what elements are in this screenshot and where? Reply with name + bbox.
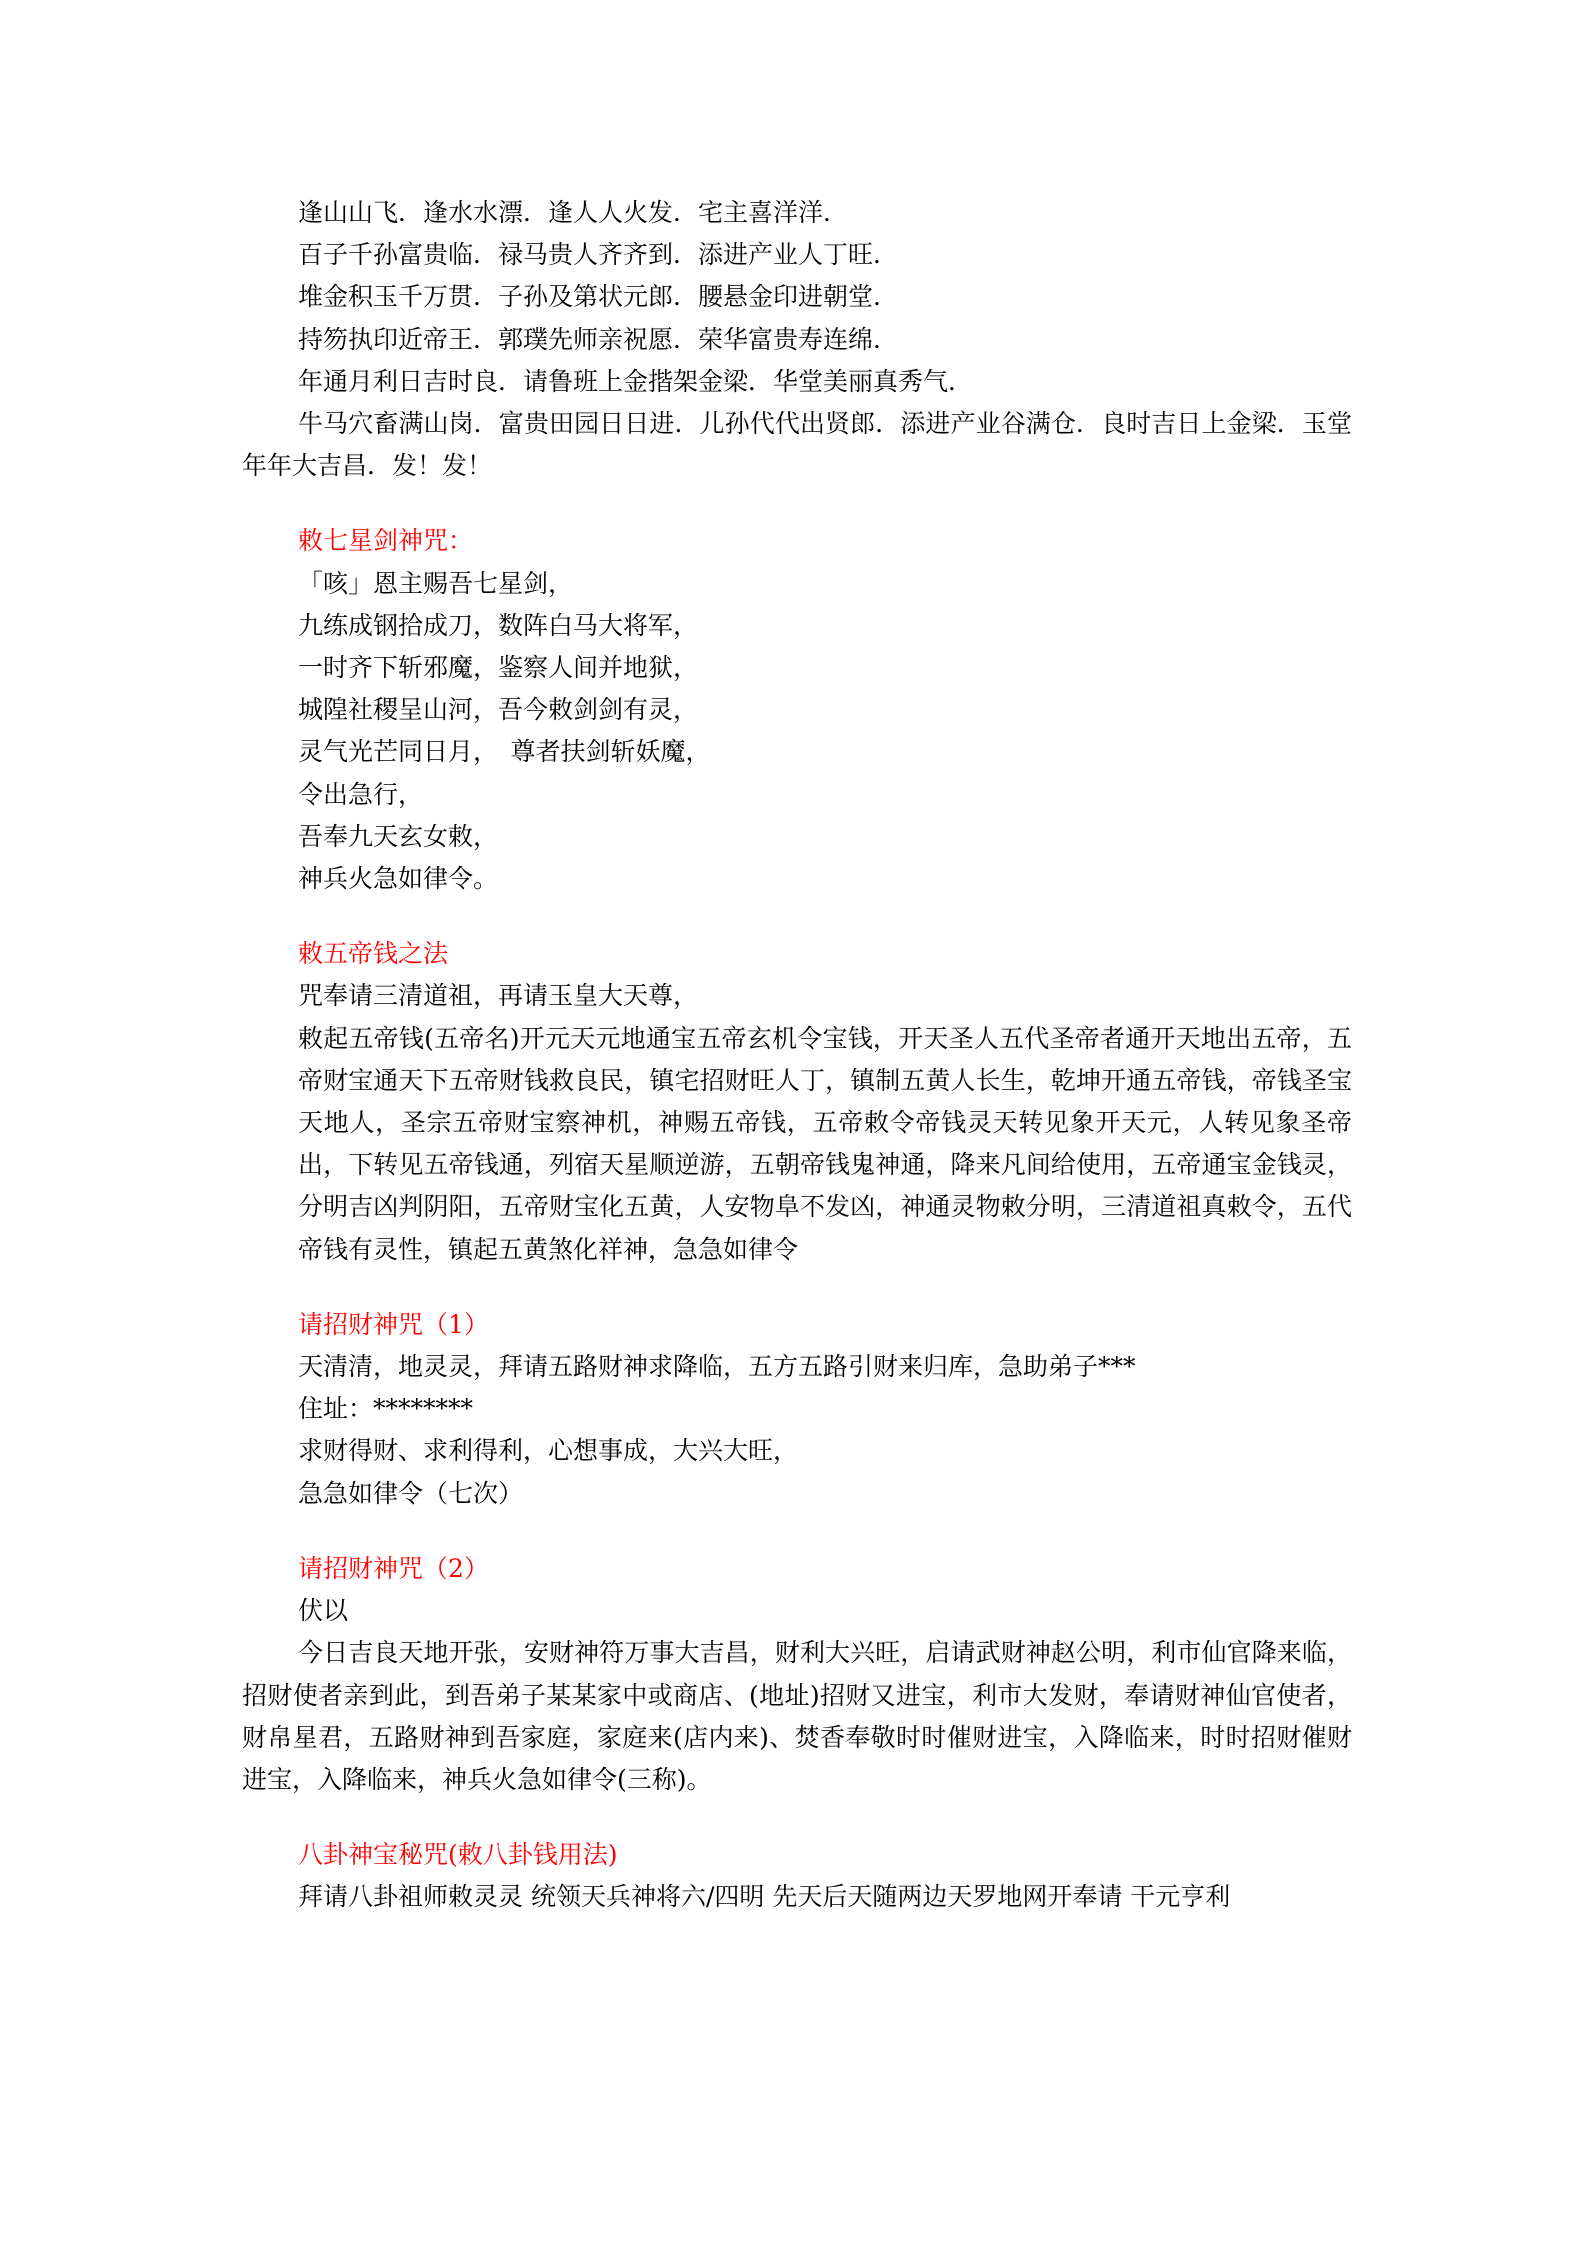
intro-verse: 逢山山飞．逢水水漂．逢人人火发．宅主喜洋洋． 百子千孙富贵临．禄马贵人齐齐到．添… bbox=[242, 192, 1352, 487]
incantation-paragraph: 拜请八卦祖师敕灵灵 统领天兵神将六/四明 先天后天随两边天罗地网开奉请 干元亨利 bbox=[242, 1876, 1352, 1918]
incantation-line: 伏以 bbox=[242, 1590, 1352, 1632]
incantation-line: 住址：******** bbox=[242, 1388, 1352, 1430]
verse-line: 持笏执印近帝王．郭璞先师亲祝愿．荣华富贵寿连绵． bbox=[242, 319, 1352, 361]
incantation-line: 咒奉请三清道祖，再请玉皇大天尊， bbox=[242, 975, 1352, 1017]
incantation-line: 吾奉九天玄女敕， bbox=[242, 816, 1352, 858]
incantation-line: 急急如律令（七次） bbox=[242, 1473, 1352, 1515]
incantation-line: 城隍社稷呈山河，吾今敕剑剑有灵， bbox=[242, 689, 1352, 731]
section-heading: 八卦神宝秘咒(敕八卦钱用法) bbox=[242, 1834, 1352, 1876]
section-heading: 敕五帝钱之法 bbox=[242, 933, 1352, 975]
spacer bbox=[242, 900, 1352, 933]
spacer bbox=[242, 1515, 1352, 1548]
verse-line: 逢山山飞．逢水水漂．逢人人火发．宅主喜洋洋． bbox=[242, 192, 1352, 234]
verse-line: 年通月利日吉时良．请鲁班上金揩架金梁．华堂美丽真秀气． bbox=[242, 361, 1352, 403]
spacer bbox=[242, 1271, 1352, 1304]
spacer bbox=[242, 1801, 1352, 1834]
section-heading: 敕七星剑神咒： bbox=[242, 520, 1352, 562]
section-wealth-god-2: 请招财神咒（2） 伏以 今日吉良天地开张，安财神符万事大吉昌，财利大兴旺，启请武… bbox=[242, 1548, 1352, 1801]
incantation-line: 「咳」恩主赐吾七星剑， bbox=[242, 563, 1352, 605]
incantation-line: 灵气光芒同日月， 尊者扶剑斩妖魔， bbox=[242, 731, 1352, 773]
incantation-line: 一时齐下斩邪魔，鉴察人间并地狱， bbox=[242, 647, 1352, 689]
section-seven-star-sword: 敕七星剑神咒： 「咳」恩主赐吾七星剑， 九练成钢拾成刀，数阵白马大将军， 一时齐… bbox=[242, 520, 1352, 900]
verse-line: 百子千孙富贵临．禄马贵人齐齐到．添进产业人丁旺． bbox=[242, 234, 1352, 276]
section-bagua-treasure: 八卦神宝秘咒(敕八卦钱用法) 拜请八卦祖师敕灵灵 统领天兵神将六/四明 先天后天… bbox=[242, 1834, 1352, 1918]
incantation-line: 令出急行， bbox=[242, 774, 1352, 816]
verse-paragraph: 牛马穴畜满山岗．富贵田园日日进．儿孙代代出贤郎．添进产业谷满仓．良时吉日上金梁．… bbox=[242, 403, 1352, 487]
section-heading: 请招财神咒（2） bbox=[242, 1548, 1352, 1590]
incantation-line: 九练成钢拾成刀，数阵白马大将军， bbox=[242, 605, 1352, 647]
section-heading: 请招财神咒（1） bbox=[242, 1304, 1352, 1346]
verse-line: 堆金积玉千万贯．子孙及第状元郎．腰悬金印进朝堂． bbox=[242, 276, 1352, 318]
incantation-line: 求财得财、求利得利，心想事成，大兴大旺， bbox=[242, 1430, 1352, 1472]
section-five-emperor-coins: 敕五帝钱之法 咒奉请三清道祖，再请玉皇大天尊， 敕起五帝钱(五帝名)开元天元地通… bbox=[242, 933, 1352, 1271]
section-wealth-god-1: 请招财神咒（1） 天清清，地灵灵，拜请五路财神求降临，五方五路引财来归库，急助弟… bbox=[242, 1304, 1352, 1515]
incantation-line: 天清清，地灵灵，拜请五路财神求降临，五方五路引财来归库，急助弟子*** bbox=[242, 1346, 1352, 1388]
incantation-block: 敕起五帝钱(五帝名)开元天元地通宝五帝玄机令宝钱，开天圣人五代圣帝者通开天地出五… bbox=[242, 1018, 1352, 1271]
incantation-paragraph: 今日吉良天地开张，安财神符万事大吉昌，财利大兴旺，启请武财神赵公明，利市仙官降来… bbox=[242, 1632, 1352, 1801]
incantation-line: 神兵火急如律令。 bbox=[242, 858, 1352, 900]
spacer bbox=[242, 487, 1352, 520]
document-page: 逢山山飞．逢水水漂．逢人人火发．宅主喜洋洋． 百子千孙富贵临．禄马贵人齐齐到．添… bbox=[242, 192, 1352, 1919]
